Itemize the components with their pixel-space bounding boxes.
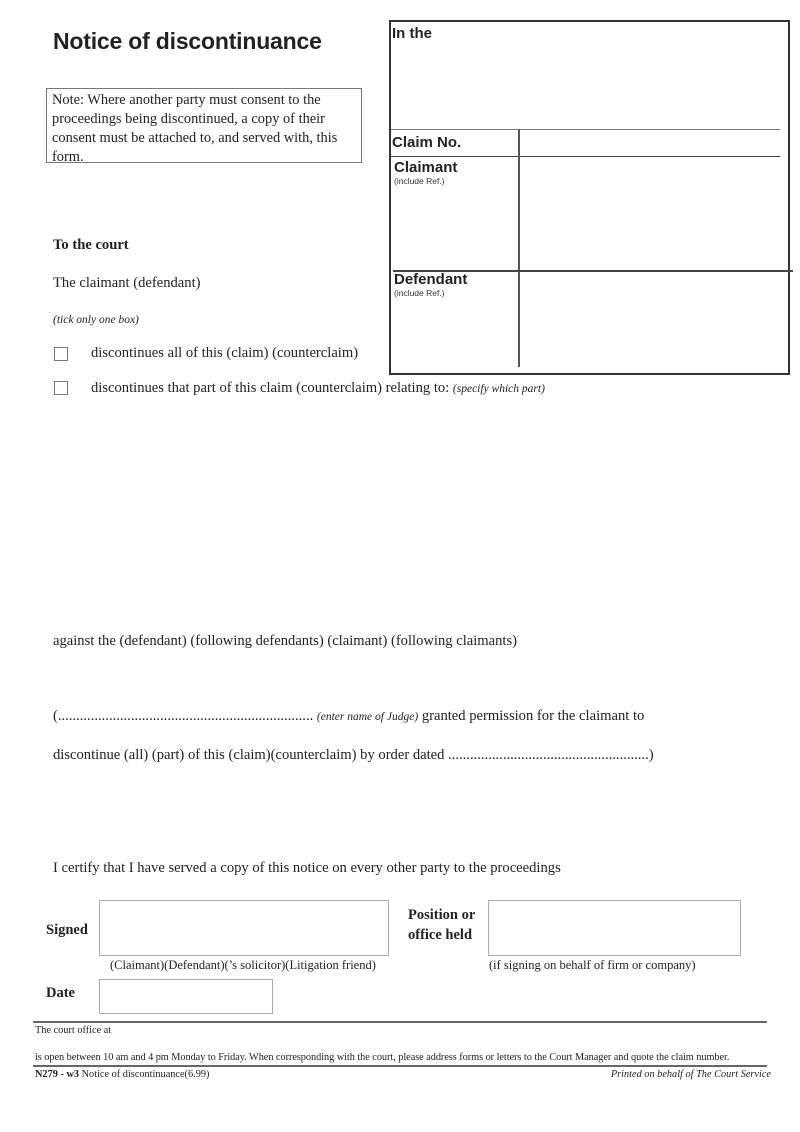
form-name: Notice of discontinuance(6.99) bbox=[82, 1069, 210, 1080]
discontinue-part-option: discontinues that part of this claim (co… bbox=[91, 380, 545, 397]
form-reference: N279 - w3 Notice of discontinuance(6.99) bbox=[35, 1069, 209, 1080]
court-office-line: The court office at bbox=[35, 1025, 111, 1036]
claimant-field[interactable] bbox=[521, 158, 779, 268]
discontinue-all-label: discontinues all of this (claim) (counte… bbox=[91, 345, 358, 362]
tick-instruction: (tick only one box) bbox=[53, 314, 139, 326]
judge-name-hint: (enter name of Judge) bbox=[317, 711, 418, 723]
against-line: against the (defendant) (following defen… bbox=[53, 633, 517, 650]
position-label-line-1: Position or bbox=[408, 905, 475, 925]
footer-bottom-rule bbox=[33, 1065, 767, 1067]
discontinue-part-label: discontinues that part of this claim (co… bbox=[91, 380, 449, 396]
position-field[interactable] bbox=[488, 900, 741, 956]
judge-permission-line: (.......................................… bbox=[53, 708, 644, 725]
consent-note: Note: Where another party must consent t… bbox=[46, 88, 362, 163]
date-field[interactable] bbox=[99, 979, 273, 1014]
to-the-court-heading: To the court bbox=[53, 237, 129, 254]
date-label: Date bbox=[46, 983, 75, 1003]
position-label-line-2: office held bbox=[408, 925, 475, 945]
defendant-field[interactable] bbox=[521, 273, 779, 368]
position-caption: (if signing on behalf of firm or company… bbox=[489, 958, 696, 973]
part-details-area[interactable] bbox=[53, 405, 773, 620]
claimant-ref-hint: (include Ref.) bbox=[394, 176, 445, 186]
in-the-label: In the bbox=[392, 25, 432, 42]
judge-permission-text: granted permission for the claimant to bbox=[422, 708, 645, 724]
discontinue-part-checkbox[interactable] bbox=[54, 381, 68, 395]
defendant-ref-hint: (include Ref.) bbox=[394, 288, 445, 298]
claimant-label: Claimant bbox=[394, 159, 457, 176]
specify-part-hint: (specify which part) bbox=[453, 383, 545, 395]
defendant-label: Defendant bbox=[394, 271, 467, 288]
signer-role-caption: (Claimant)(Defendant)(’s solicitor)(Liti… bbox=[110, 958, 376, 973]
court-details-box: In the Claim No. Claimant (include Ref.)… bbox=[389, 20, 790, 375]
footer-top-rule bbox=[33, 1021, 767, 1023]
court-name-field[interactable] bbox=[441, 24, 781, 124]
signature-field[interactable] bbox=[99, 900, 389, 956]
claim-no-field[interactable] bbox=[521, 131, 779, 155]
page-title: Notice of discontinuance bbox=[53, 28, 322, 55]
party-line: The claimant (defendant) bbox=[53, 275, 200, 292]
office-hours-line: is open between 10 am and 4 pm Monday to… bbox=[35, 1052, 729, 1063]
judge-name-blank[interactable]: (.......................................… bbox=[53, 708, 313, 724]
certify-statement: I certify that I have served a copy of t… bbox=[53, 860, 561, 877]
position-label: Position or office held bbox=[408, 905, 475, 945]
form-code: N279 - w3 bbox=[35, 1069, 79, 1080]
claim-no-label: Claim No. bbox=[392, 134, 461, 151]
signed-label: Signed bbox=[46, 920, 88, 940]
printed-by: Printed on behalf of The Court Service bbox=[611, 1069, 771, 1080]
discontinue-all-checkbox[interactable] bbox=[54, 347, 68, 361]
order-dated-line: discontinue (all) (part) of this (claim)… bbox=[53, 747, 654, 764]
